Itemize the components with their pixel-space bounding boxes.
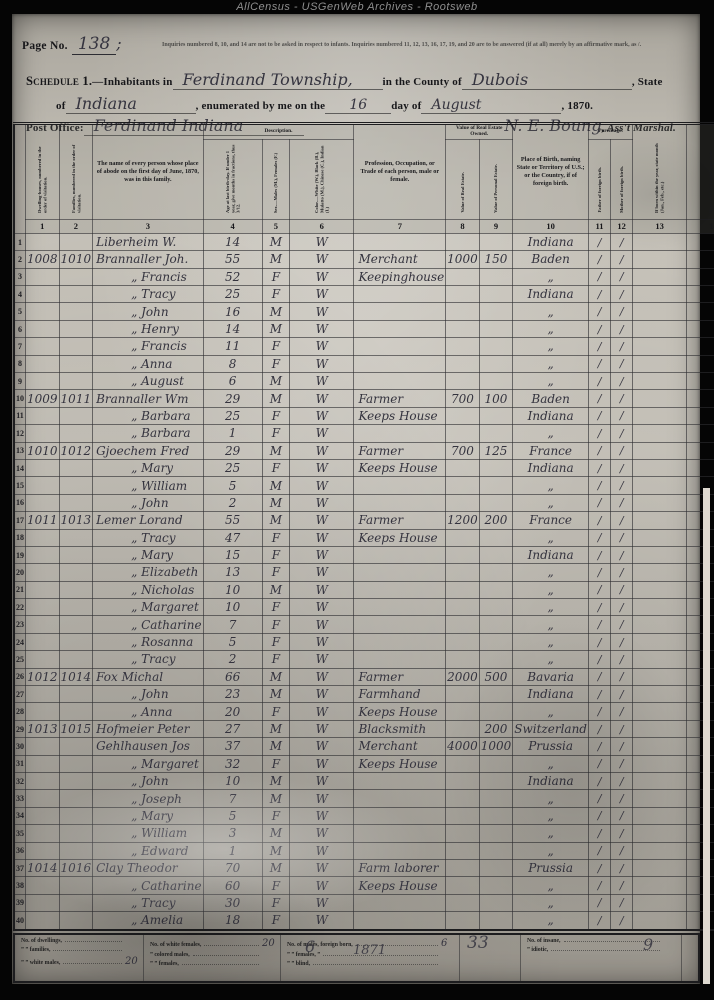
cell-family [59, 599, 93, 616]
row-number: 33 [14, 790, 26, 807]
cell-sex: F [262, 529, 289, 546]
cell-name: Fox Michal [93, 668, 203, 685]
cell-color: W [290, 738, 354, 755]
cell-personal-estate [479, 546, 513, 563]
cell-born-month [633, 233, 687, 250]
watermark: AllCensus - USGenWeb Archives - Rootsweb [0, 1, 714, 13]
cell-personal-estate [479, 425, 513, 442]
tally-scribble: 1871 [353, 943, 386, 958]
cell-father-foreign: / [588, 790, 610, 807]
schedule-text-f: day of [391, 100, 421, 112]
tally-label: ” idiotic, [527, 947, 548, 953]
cell-sex: F [262, 703, 289, 720]
cell-birthplace: „ [513, 355, 589, 372]
cell-dwelling: 1013 [26, 720, 60, 737]
cell-sex: M [262, 477, 289, 494]
cell-personal-estate [479, 564, 513, 581]
cell-dwelling [26, 494, 60, 511]
row-number: 20 [14, 564, 26, 581]
cell-real-estate [446, 355, 480, 372]
cell-age: 7 [203, 616, 262, 633]
cell-birthplace: Indiana [513, 686, 589, 703]
cell-sex: M [262, 720, 289, 737]
table-row: 38„ Catharine60FWKeeps House„//38 [14, 877, 714, 894]
cell-occupation [354, 564, 446, 581]
cell-real-estate [446, 425, 480, 442]
cell-mother-foreign: / [611, 912, 633, 930]
cell-sex: M [262, 442, 289, 459]
cell-family [59, 790, 93, 807]
cell-sex: F [262, 425, 289, 442]
cell-sex: F [262, 807, 289, 824]
table-row: 32„ John10MWIndiana//32 [14, 772, 714, 789]
tally-footer: No. of dwellings,” ” families,” ” white … [13, 933, 700, 983]
cell-mother-foreign: / [611, 355, 633, 372]
cell-color: W [290, 442, 354, 459]
column-number-7: 7 [354, 219, 446, 233]
tally-label: No. of dwellings, [21, 938, 62, 944]
cell-age: 47 [203, 529, 262, 546]
row-number: 6 [14, 320, 26, 337]
table-row: 28„ Anna20FWKeeps House„//28 [14, 703, 714, 720]
cell-personal-estate [479, 755, 513, 772]
row-number-header [14, 124, 26, 234]
cell-sex: F [262, 459, 289, 476]
cell-dwelling [26, 355, 60, 372]
cell-occupation: Keeps House [354, 407, 446, 424]
cell-personal-estate [479, 894, 513, 911]
cell-mother-foreign: / [611, 286, 633, 303]
cell-name: Brannaller Joh. [93, 251, 203, 268]
cell-born-month [633, 599, 687, 616]
cell-born-month [633, 807, 687, 824]
cell-age: 8 [203, 355, 262, 372]
tally-label: ” ” white males, [21, 960, 60, 966]
cell-personal-estate [479, 320, 513, 337]
cell-color: W [290, 807, 354, 824]
cell-occupation [354, 894, 446, 911]
cell-dwelling [26, 529, 60, 546]
cell-age: 29 [203, 442, 262, 459]
cell-father-foreign: / [588, 425, 610, 442]
cell-born-month [633, 477, 687, 494]
cell-personal-estate [479, 303, 513, 320]
cell-occupation [354, 807, 446, 824]
row-number: 24 [14, 633, 26, 650]
tally-label: No. of insane, [527, 938, 561, 944]
cell-dwelling: 1014 [26, 859, 60, 876]
cell-father-foreign: / [588, 233, 610, 250]
cell-personal-estate [479, 599, 513, 616]
cell-father-foreign: / [588, 512, 610, 529]
cell-father-foreign: / [588, 668, 610, 685]
cell-father-foreign: / [588, 529, 610, 546]
col-family-header: Families, numbered in the order of visit… [59, 124, 93, 220]
cell-mother-foreign: / [611, 616, 633, 633]
cell-occupation [354, 772, 446, 789]
cell-age: 11 [203, 338, 262, 355]
cell-birthplace: „ [513, 703, 589, 720]
cell-dwelling [26, 546, 60, 563]
cell-born-month [633, 425, 687, 442]
col-real-estate-header-label: Value of Real Estate. [460, 172, 465, 213]
cell-dwelling [26, 407, 60, 424]
cell-personal-estate [479, 581, 513, 598]
table-row: 210081010Brannaller Joh.55MWMerchant1000… [14, 251, 714, 268]
cell-occupation: Farmer [354, 668, 446, 685]
cell-personal-estate [479, 912, 513, 930]
col-born-month-header: If born within the year, state month (Ja… [633, 124, 687, 220]
cell-mother-foreign: / [611, 807, 633, 824]
cell-color: W [290, 877, 354, 894]
cell-born-month [633, 703, 687, 720]
cell-personal-estate [479, 842, 513, 859]
cell-father-foreign: / [588, 651, 610, 668]
cell-color: W [290, 268, 354, 285]
cell-father-foreign: / [588, 842, 610, 859]
cell-name: „ Margaret [93, 755, 203, 772]
cell-birthplace: „ [513, 912, 589, 930]
cell-sex: F [262, 338, 289, 355]
table-row: 3710141016Clay Theodor70MWFarm laborerPr… [14, 859, 714, 876]
cell-birthplace: „ [513, 425, 589, 442]
cell-occupation [354, 633, 446, 650]
cell-born-month [633, 720, 687, 737]
cell-father-foreign: / [588, 442, 610, 459]
cell-occupation [354, 494, 446, 511]
cell-birthplace: Indiana [513, 546, 589, 563]
cell-real-estate [446, 286, 480, 303]
col-name-header: The name of every person whose place of … [93, 124, 203, 220]
table-row: 27„ John23MWFarmhandIndiana///27 [14, 686, 714, 703]
tally-item: No. of insane, [527, 938, 677, 944]
cell-occupation [354, 599, 446, 616]
row-number: 25 [14, 651, 26, 668]
row-number: 22 [14, 599, 26, 616]
cell-family [59, 877, 93, 894]
cell-name: „ August [93, 373, 203, 390]
schedule-title: Schedule 1. [26, 74, 92, 89]
cell-real-estate [446, 686, 480, 703]
tally-label: ” colored males, [150, 952, 190, 958]
table-row: 1310101012Gjoechem Fred29MWFarmer700125F… [14, 442, 714, 459]
cell-born-month [633, 668, 687, 685]
table-row: 36„ Edward1MW„//36 [14, 842, 714, 859]
cell-father-foreign: / [588, 251, 610, 268]
cell-occupation: Keepinghouse [354, 268, 446, 285]
cell-real-estate: 4000 [446, 738, 480, 755]
cell-dwelling [26, 651, 60, 668]
cell-name: Clay Theodor [93, 859, 203, 876]
cell-name: „ Francis [93, 268, 203, 285]
table-row: 1Liberheim W.14MWIndiana//1 [14, 233, 714, 250]
table-row: 18„ Tracy47FWKeeps House„//18 [14, 529, 714, 546]
cell-family [59, 894, 93, 911]
cell-occupation [354, 286, 446, 303]
cell-age: 20 [203, 703, 262, 720]
column-number-8: 8 [446, 219, 480, 233]
cell-family [59, 651, 93, 668]
cell-dwelling [26, 686, 60, 703]
cell-born-month [633, 251, 687, 268]
cell-color: W [290, 407, 354, 424]
cell-mother-foreign: / [611, 877, 633, 894]
cell-dwelling: 1008 [26, 251, 60, 268]
cell-real-estate: 700 [446, 390, 480, 407]
cell-sex: F [262, 564, 289, 581]
cell-real-estate [446, 494, 480, 511]
tally-item: ” ” blind, [287, 961, 455, 967]
cell-name: Gjoechem Fred [93, 442, 203, 459]
cell-name: „ Tracy [93, 529, 203, 546]
cell-color: W [290, 546, 354, 563]
cell-born-month [633, 877, 687, 894]
table-row: 30Gehlhausen Jos37MWMerchant40001000Prus… [14, 738, 714, 755]
cell-birthplace: „ [513, 842, 589, 859]
table-row: 7„ Francis11FW„//7 [14, 338, 714, 355]
cell-occupation: Keeps House [354, 529, 446, 546]
page-no-value: 138 [72, 34, 116, 55]
census-page: Page No. 138; Inquiries numbered 8, 10, … [12, 14, 700, 984]
col-personal-estate-header-label: Value of Personal Estate. [493, 164, 498, 213]
cell-real-estate [446, 564, 480, 581]
cell-occupation: Keeps House [354, 703, 446, 720]
cell-personal-estate [479, 529, 513, 546]
cell-age: 55 [203, 512, 262, 529]
cell-sex: F [262, 633, 289, 650]
cell-father-foreign: / [588, 355, 610, 372]
row-number: 16 [14, 494, 26, 511]
cell-mother-foreign: / [611, 790, 633, 807]
cell-name: Liberheim W. [93, 233, 203, 250]
cell-born-month [633, 651, 687, 668]
row-number: 34 [14, 807, 26, 824]
cell-personal-estate [479, 651, 513, 668]
cell-real-estate: 1200 [446, 512, 480, 529]
cell-family [59, 842, 93, 859]
cell-name: „ Mary [93, 459, 203, 476]
cell-mother-foreign: / [611, 651, 633, 668]
cell-real-estate [446, 477, 480, 494]
cell-sex: F [262, 616, 289, 633]
cell-occupation: Farmhand [354, 686, 446, 703]
cell-birthplace: „ [513, 494, 589, 511]
cell-dwelling: 1012 [26, 668, 60, 685]
cell-name: „ Rosanna [93, 633, 203, 650]
table-row: 1710111013Lemer Lorand55MWFarmer1200200F… [14, 512, 714, 529]
column-number-5: 5 [262, 219, 289, 233]
cell-family [59, 772, 93, 789]
tally-value: 6 [441, 938, 455, 949]
cell-mother-foreign: / [611, 373, 633, 390]
cell-personal-estate [479, 233, 513, 250]
cell-real-estate [446, 303, 480, 320]
cell-real-estate [446, 581, 480, 598]
cell-married-month [687, 251, 714, 268]
cell-occupation: Farmer [354, 512, 446, 529]
cell-family [59, 355, 93, 372]
cell-family [59, 546, 93, 563]
cell-birthplace: Baden [513, 251, 589, 268]
tally-item: ” idiotic, [527, 947, 677, 953]
cell-sex: M [262, 859, 289, 876]
cell-sex: M [262, 512, 289, 529]
cell-age: 10 [203, 772, 262, 789]
table-row: 39„ Tracy30FW„//39 [14, 894, 714, 911]
row-number: 21 [14, 581, 26, 598]
cell-occupation [354, 825, 446, 842]
cell-personal-estate [479, 772, 513, 789]
cell-mother-foreign: / [611, 320, 633, 337]
cell-father-foreign: / [588, 477, 610, 494]
cell-mother-foreign: / [611, 459, 633, 476]
cell-mother-foreign: / [611, 442, 633, 459]
col-dwelling-header: Dwelling-houses, numbered in the order o… [26, 124, 60, 220]
col-mother-foreign-header-label: Mother of foreign birth. [619, 166, 624, 213]
cell-age: 27 [203, 720, 262, 737]
cell-family [59, 703, 93, 720]
cell-family [59, 338, 93, 355]
cell-color: W [290, 529, 354, 546]
cell-father-foreign: / [588, 720, 610, 737]
cell-sex: F [262, 651, 289, 668]
cell-dwelling [26, 286, 60, 303]
column-number-3: 3 [93, 219, 203, 233]
row-number: 27 [14, 686, 26, 703]
cell-dwelling [26, 703, 60, 720]
col-dwelling-header-label: Dwelling-houses, numbered in the order o… [37, 141, 48, 213]
row-number: 32 [14, 772, 26, 789]
cell-real-estate: 1000 [446, 251, 480, 268]
cell-occupation [354, 425, 446, 442]
cell-personal-estate [479, 825, 513, 842]
day-field: 16 [325, 97, 391, 114]
cell-dwelling [26, 373, 60, 390]
column-number-14: 14 [687, 219, 714, 233]
cell-age: 10 [203, 581, 262, 598]
cell-personal-estate [479, 338, 513, 355]
cell-occupation [354, 355, 446, 372]
cell-mother-foreign: / [611, 390, 633, 407]
cell-age: 23 [203, 686, 262, 703]
cell-dwelling [26, 338, 60, 355]
cell-personal-estate [479, 373, 513, 390]
cell-name: „ Nicholas [93, 581, 203, 598]
tally-scribble: 33 [467, 933, 489, 953]
cell-dwelling [26, 755, 60, 772]
cell-real-estate [446, 877, 480, 894]
cell-sex: F [262, 268, 289, 285]
cell-color: W [290, 373, 354, 390]
cell-father-foreign: / [588, 459, 610, 476]
cell-real-estate [446, 338, 480, 355]
cell-family [59, 233, 93, 250]
cell-family [59, 268, 93, 285]
cell-mother-foreign: / [611, 477, 633, 494]
row-number: 8 [14, 355, 26, 372]
cell-personal-estate [479, 616, 513, 633]
cell-born-month [633, 738, 687, 755]
cell-personal-estate [479, 790, 513, 807]
table-row: 20„ Elizabeth13FW„//20 [14, 564, 714, 581]
cell-family [59, 459, 93, 476]
row-number: 4 [14, 286, 26, 303]
cell-married-month [687, 425, 714, 442]
tally-item: ” colored males, [150, 952, 276, 958]
cell-family: 1010 [59, 251, 93, 268]
cell-name: „ Catharine [93, 616, 203, 633]
cell-dwelling [26, 233, 60, 250]
cell-occupation: Merchant [354, 738, 446, 755]
cell-color: W [290, 686, 354, 703]
table-row: 22„ Margaret10FW„//22 [14, 599, 714, 616]
cell-name: „ John [93, 303, 203, 320]
cell-birthplace: „ [513, 529, 589, 546]
cell-real-estate [446, 268, 480, 285]
form-instructions: Inquiries numbered 8, 10, and 14 are not… [162, 42, 710, 50]
cell-real-estate [446, 320, 480, 337]
cell-mother-foreign: / [611, 738, 633, 755]
cell-occupation: Keeps House [354, 459, 446, 476]
cell-father-foreign: / [588, 581, 610, 598]
table-row: 35„ William3MW„//35 [14, 825, 714, 842]
cell-sex: M [262, 738, 289, 755]
cell-name: „ Anna [93, 703, 203, 720]
cell-birthplace: Prussia [513, 859, 589, 876]
cell-color: W [290, 303, 354, 320]
cell-name: „ John [93, 772, 203, 789]
tally-item: No. of white females,20 [150, 938, 276, 949]
cell-birthplace: Indiana [513, 459, 589, 476]
row-number: 19 [14, 546, 26, 563]
group-parentage: Parentage. [588, 124, 632, 140]
cell-father-foreign: / [588, 268, 610, 285]
cell-family [59, 633, 93, 650]
cell-birthplace: „ [513, 268, 589, 285]
cell-occupation: Merchant [354, 251, 446, 268]
table-row: 8„ Anna8FW„//8 [14, 355, 714, 372]
cell-name: Lemer Lorand [93, 512, 203, 529]
cell-color: W [290, 894, 354, 911]
cell-born-month [633, 825, 687, 842]
cell-birthplace: France [513, 442, 589, 459]
cell-color: W [290, 633, 354, 650]
tally-item: ” ” families, [21, 947, 139, 953]
cell-real-estate [446, 407, 480, 424]
cell-age: 5 [203, 633, 262, 650]
cell-name: „ Tracy [93, 286, 203, 303]
cell-real-estate [446, 616, 480, 633]
cell-real-estate [446, 859, 480, 876]
cell-birthplace: „ [513, 581, 589, 598]
cell-born-month [633, 546, 687, 563]
cell-family [59, 373, 93, 390]
tally-label: ” ” blind, [287, 961, 310, 967]
cell-family [59, 807, 93, 824]
cell-sex: F [262, 286, 289, 303]
cell-born-month [633, 355, 687, 372]
cell-born-month [633, 390, 687, 407]
row-number: 15 [14, 477, 26, 494]
schedule-text-b: in the County of [383, 76, 462, 88]
column-number-4: 4 [203, 219, 262, 233]
group-real-estate: Value of Real Estate Owned. [446, 124, 513, 140]
row-number: 39 [14, 894, 26, 911]
cell-birthplace: „ [513, 790, 589, 807]
cell-age: 30 [203, 894, 262, 911]
cell-sex: M [262, 390, 289, 407]
col-born-month-header-label: If born within the year, state month (Ja… [654, 141, 665, 213]
